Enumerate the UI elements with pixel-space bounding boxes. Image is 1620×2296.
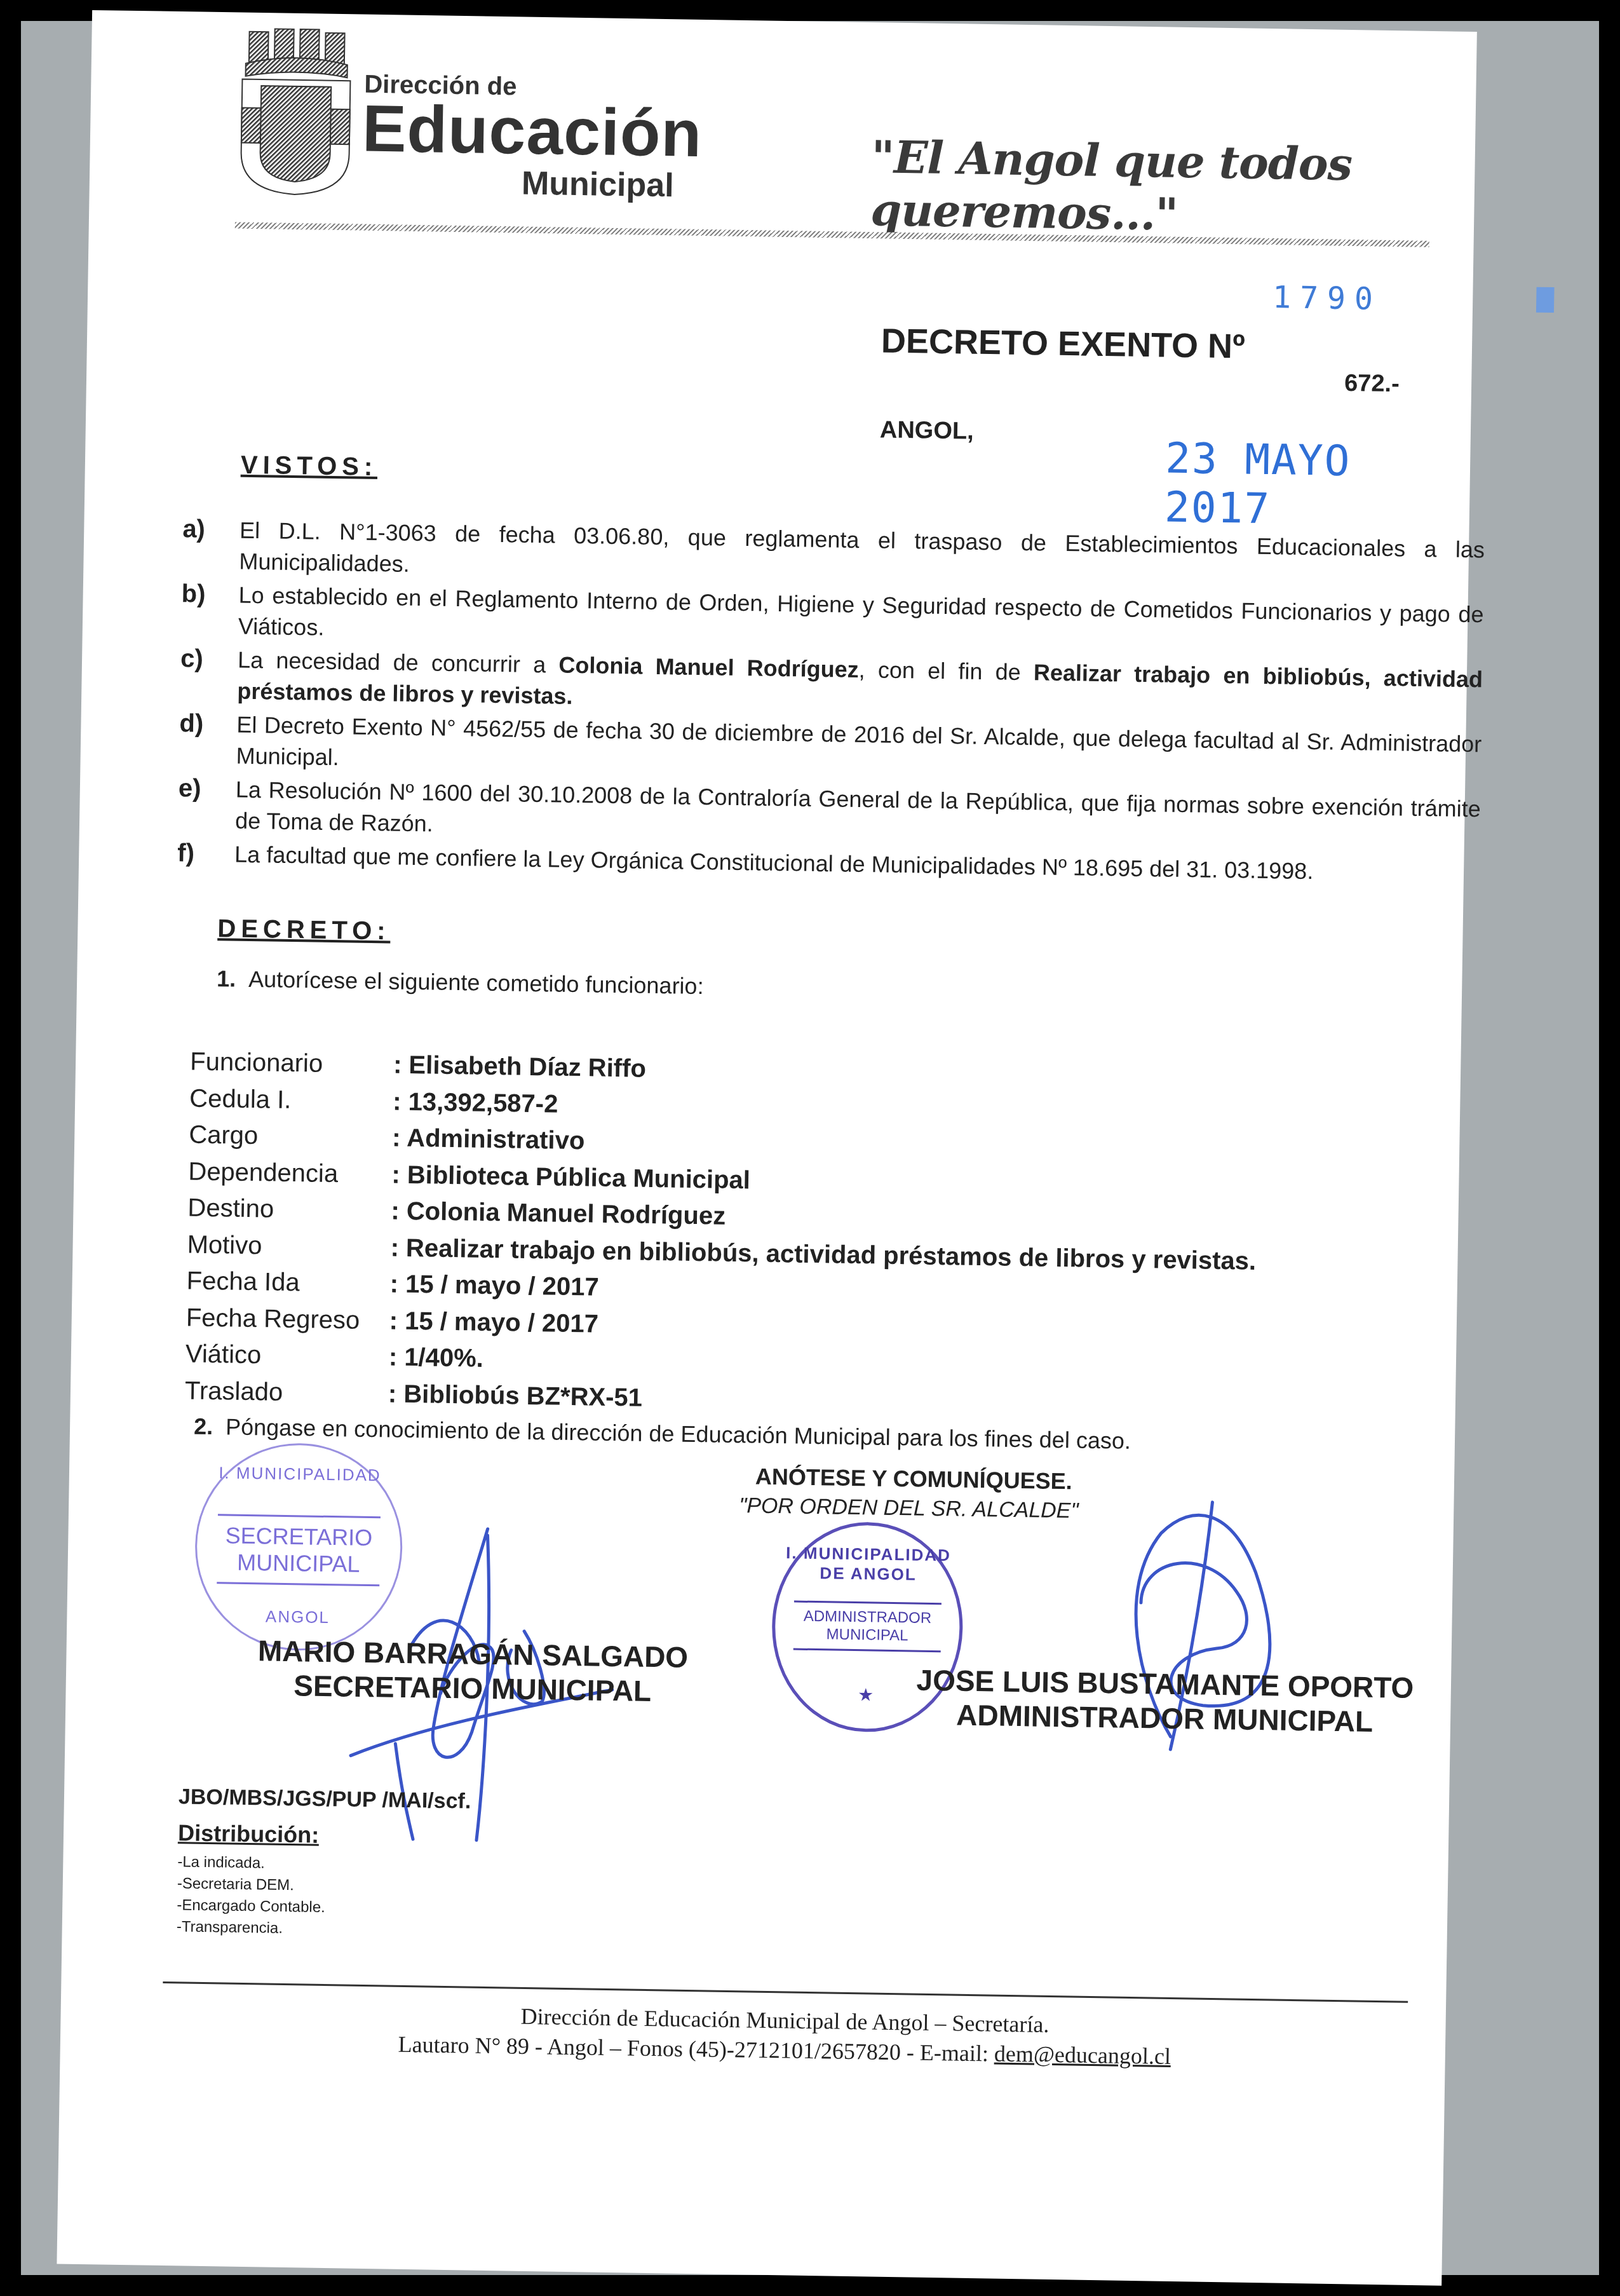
field-label: Dependencia [188, 1157, 392, 1189]
field-value: : 15 / mayo / 2017 [389, 1307, 598, 1338]
clause-text-part: La necesidad de concurrir a [238, 647, 559, 678]
field-value: : Elisabeth Díaz Riffo [393, 1051, 646, 1083]
signer-role: ADMINISTRADOR MUNICIPAL [910, 1697, 1419, 1739]
seal-center: ADMINISTRADOR MUNICIPAL [793, 1601, 942, 1653]
cometido-details: Funcionario: Elisabeth Díaz Riffo Cedula… [184, 1048, 1259, 1430]
field-label: Destino [187, 1193, 391, 1225]
distribution-list: -La indicada. -Secretaria DEM. -Encargad… [177, 1851, 327, 1940]
field-label: Fecha Regreso [186, 1303, 389, 1335]
seal-center: SECRETARIO MUNICIPAL [217, 1514, 381, 1586]
field-value: : 1/40%. [389, 1343, 484, 1373]
item-text: Autorícese el siguiente cometido funcion… [248, 966, 704, 999]
field-value: : 15 / mayo / 2017 [389, 1270, 599, 1301]
field-value: : Biblioteca Pública Municipal [391, 1160, 750, 1195]
seal-top-text: I. MUNICIPALIDAD DE ANGOL [776, 1543, 961, 1586]
coat-of-arms-icon [234, 25, 358, 198]
footer-email-link[interactable]: dem@educangol.cl [994, 2041, 1171, 2069]
seal-line1: ADMINISTRADOR [793, 1608, 941, 1628]
date-stamp: 23 MAYO 2017 [1164, 434, 1470, 537]
closing-formula: ANÓTESE Y COMUNÍQUESE. [755, 1464, 1072, 1495]
destination-bold: Colonia Manuel Rodríguez [558, 652, 859, 683]
field-value: : Bibliobús BZ*RX-51 [388, 1380, 643, 1412]
signer-role: SECRETARIO MUNICIPAL [231, 1668, 714, 1709]
signer-secretary: MARIO BARRAGÁN SALGADO SECRETARIO MUNICI… [231, 1633, 715, 1709]
slogan: "El Angol que todos queremos..." [870, 130, 1475, 245]
seal-line2: MUNICIPAL [217, 1549, 380, 1578]
reference-initials: JBO/MBS/JGS/PUP /MAI/scf. [179, 1784, 471, 1814]
org-name-line2: Educación [361, 96, 702, 167]
distribution-item: -Transparencia. [177, 1916, 325, 1940]
by-order-note: "POR ORDEN DEL SR. ALCALDE" [739, 1493, 1079, 1523]
field-value: : 13,392,587-2 [393, 1087, 558, 1118]
org-name-line3: Municipal [521, 165, 674, 205]
signer-administrator: JOSE LUIS BUSTAMANTE OPORTO ADMINISTRADO… [910, 1662, 1420, 1739]
field-label: Viático [186, 1340, 389, 1371]
decree-item-1: 1.Autorícese el siguiente cometido funci… [217, 965, 704, 1000]
document-page: Dirección de Educación Municipal "El Ang… [57, 10, 1476, 2286]
field-label: Cargo [189, 1120, 393, 1152]
clause-label: b) [181, 578, 240, 641]
field-label: Fecha Ida [186, 1267, 390, 1298]
field-label: Traslado [185, 1376, 389, 1408]
clause-label: a) [182, 513, 240, 576]
distribution-item: -Secretaria DEM. [177, 1873, 326, 1897]
seal-line1: SECRETARIO [217, 1522, 381, 1551]
decreto-heading: DECRETO: [217, 914, 391, 946]
decree-title: DECRETO EXENTO Nº [881, 321, 1246, 366]
clause-label: f) [177, 838, 235, 869]
seal-bottom-text: ANGOL [196, 1606, 399, 1629]
decree-number: 672.- [1344, 370, 1400, 398]
field-label: Funcionario [190, 1048, 394, 1080]
stamp-mark [1536, 287, 1555, 313]
seal-top-text: I. MUNICIPALIDAD [198, 1463, 402, 1486]
distribution-title: Distribución: [178, 1819, 320, 1848]
secretary-seal: I. MUNICIPALIDAD SECRETARIO MUNICIPAL AN… [194, 1442, 404, 1652]
distribution-item: -La indicada. [177, 1851, 326, 1875]
clause-label: e) [178, 773, 236, 836]
field-label: Motivo [187, 1230, 391, 1262]
item-number: 1. [217, 965, 236, 991]
field-label: Cedula I. [189, 1084, 393, 1116]
city-label: ANGOL, [880, 416, 974, 445]
vistos-list: a) El D.L. N°1-3063 de fecha 03.06.80, q… [177, 513, 1485, 892]
distribution-item: -Encargado Contable. [177, 1894, 325, 1919]
clause-label: d) [179, 708, 237, 771]
footer-address: Lautaro N° 89 - Angol – Fonos (45)-27121… [398, 2032, 989, 2067]
field-value: : Administrativo [392, 1124, 585, 1156]
folio-stamp: 1790 [1272, 280, 1382, 317]
field-value: : Colonia Manuel Rodríguez [391, 1197, 726, 1231]
seal-line2: MUNICIPAL [793, 1626, 941, 1646]
clause-text-part: , con el fin de [858, 656, 1034, 685]
vistos-heading: VISTOS: [241, 451, 378, 482]
item-number: 2. [194, 1413, 213, 1439]
clause-label: c) [180, 643, 238, 706]
